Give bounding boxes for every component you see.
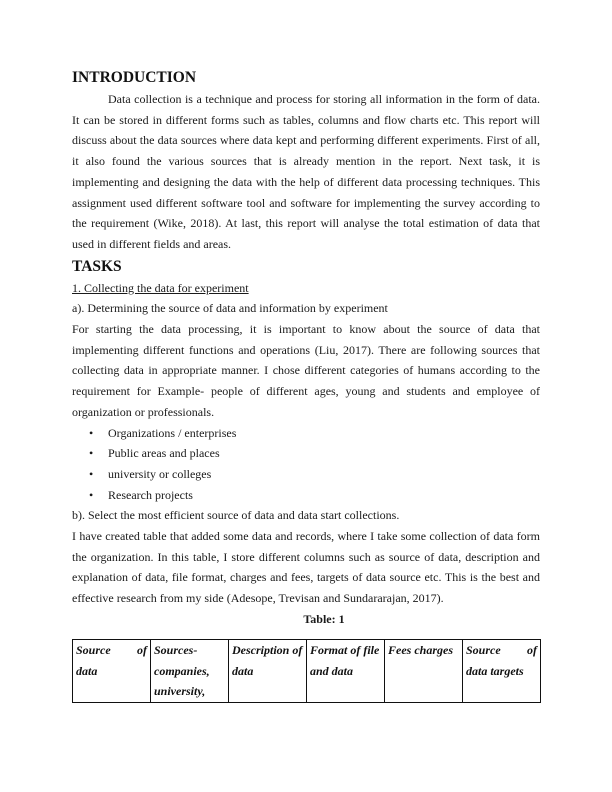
column-header-source-targets: Source of data targets	[463, 640, 541, 703]
list-item: • university or colleges	[72, 464, 540, 485]
sources-list: • Organizations / enterprises • Public a…	[72, 423, 540, 506]
document-page: INTRODUCTION Data collection is a techni…	[72, 68, 540, 630]
subsection-a-paragraph: For starting the data processing, it is …	[72, 319, 540, 423]
table-title: Table: 1	[72, 609, 540, 630]
data-sources-table: Source of data Sources- companies, unive…	[72, 639, 541, 703]
subsection-a-title: a). Determining the source of data and i…	[72, 298, 540, 319]
column-header-format: Format of file and data	[307, 640, 385, 703]
list-item-text: university or colleges	[108, 467, 211, 481]
bullet-icon: •	[89, 423, 93, 444]
bullet-icon: •	[89, 464, 93, 485]
table-header-row: Source of data Sources- companies, unive…	[73, 640, 541, 703]
list-item: • Public areas and places	[72, 443, 540, 464]
introduction-heading: INTRODUCTION	[72, 68, 540, 88]
list-item: • Research projects	[72, 485, 540, 506]
column-header-description: Description of data	[229, 640, 307, 703]
list-item-text: Organizations / enterprises	[108, 426, 236, 440]
column-header-sources-companies: Sources- companies, university,	[151, 640, 229, 703]
bullet-icon: •	[89, 485, 93, 506]
list-item-text: Research projects	[108, 488, 193, 502]
section-1-title: 1. Collecting the data for experiment	[72, 278, 540, 299]
tasks-heading: TASKS	[72, 257, 540, 277]
subsection-b-paragraph: I have created table that added some dat…	[72, 526, 540, 609]
list-item-text: Public areas and places	[108, 446, 220, 460]
introduction-paragraph: Data collection is a technique and proce…	[72, 89, 540, 255]
bullet-icon: •	[89, 443, 93, 464]
column-header-fees-charges: Fees charges	[385, 640, 463, 703]
subsection-b-title: b). Select the most efficient source of …	[72, 505, 540, 526]
list-item: • Organizations / enterprises	[72, 423, 540, 444]
column-header-source-of-data: Source of data	[73, 640, 151, 703]
